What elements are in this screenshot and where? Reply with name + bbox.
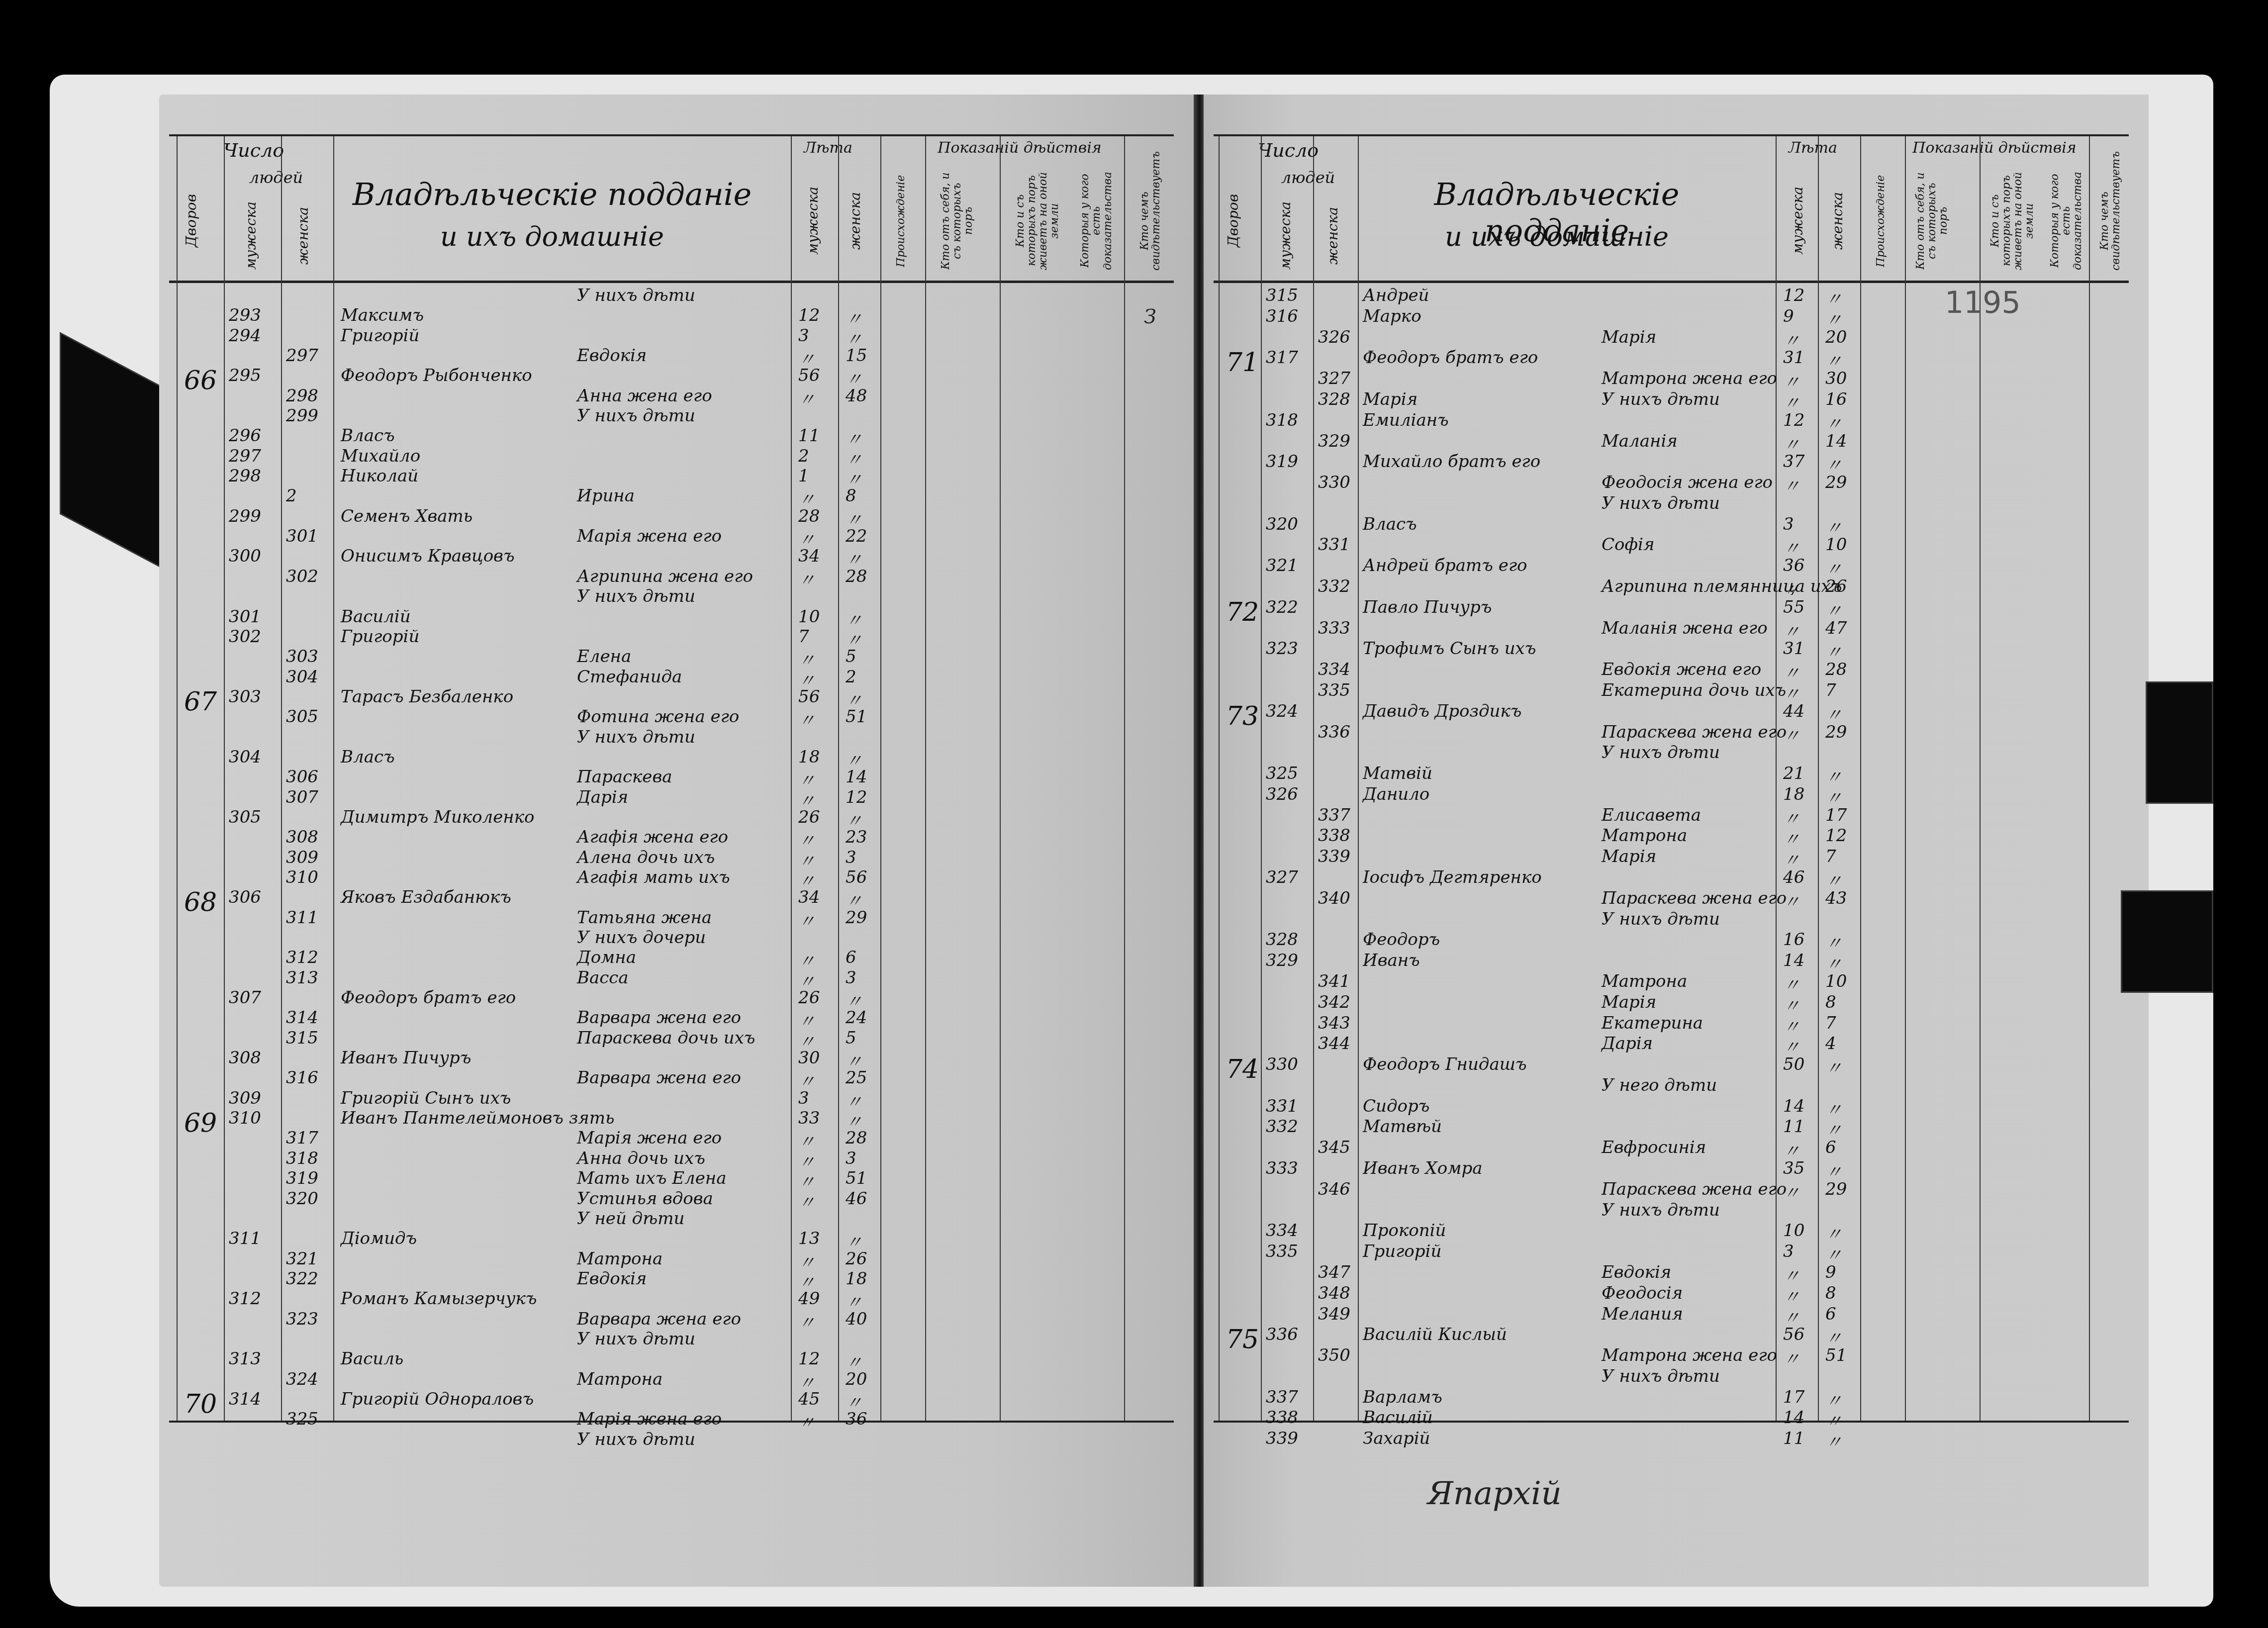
ledger-row: 331Сидоръ14〃: [1214, 1096, 2129, 1119]
ledger-row: 348Феодосія〃8: [1214, 1283, 2129, 1306]
header-households: Дворов: [184, 166, 198, 276]
female-serial-number: 350: [1318, 1345, 1350, 1365]
header-age-female: женска: [1830, 171, 1845, 271]
female-name: Марія: [1602, 992, 1656, 1012]
female-name: Евфросинія: [1602, 1138, 1706, 1157]
male-serial-number: 332: [1266, 1117, 1298, 1137]
female-age: 12: [1825, 826, 1847, 846]
male-age: 31: [1783, 639, 1804, 659]
ledger-row: 346Параскева жена его〃29: [1214, 1179, 2129, 1202]
male-serial-number: 317: [1266, 348, 1298, 368]
ledger-row: 66295Феодоръ Рыбонченко56〃: [169, 366, 1174, 388]
female-serial-number: 297: [286, 346, 318, 366]
male-serial-number: 318: [1266, 410, 1298, 430]
header-male-count: мужеска: [1278, 196, 1293, 276]
female-age: 9: [1825, 1262, 1836, 1282]
ledger-row: 318Емиліанъ12〃: [1214, 410, 2129, 433]
footer-signature: Япархій: [1427, 1475, 1562, 1512]
female-age: 28: [1825, 660, 1847, 679]
ledger-row: 73324Давидъ Дроздикъ44〃: [1214, 701, 2129, 724]
male-serial-number: 324: [1266, 701, 1298, 721]
female-serial-number: 312: [286, 948, 318, 967]
female-age: 17: [1825, 805, 1847, 825]
male-name: Матвій: [1363, 764, 1432, 783]
ledger-row: 349Мелания〃6: [1214, 1304, 2129, 1327]
ledger-row: 331Софія〃10: [1214, 535, 2129, 558]
female-name: Анна жена его: [577, 386, 712, 406]
ledger-row: 321Матрона〃26: [169, 1249, 1174, 1272]
female-age: 29: [846, 908, 867, 928]
male-serial-number: 295: [229, 366, 261, 385]
female-name: Матрона: [577, 1369, 662, 1389]
ledger-row: 335Григорій3〃: [1214, 1242, 2129, 1264]
female-serial-number: 330: [1318, 473, 1350, 492]
female-name: Евдокія жена его: [1602, 660, 1761, 679]
male-name: Василь: [341, 1349, 403, 1369]
left-ledger-header: Число людей Дворов мужеска женска Владѣл…: [169, 136, 1174, 283]
ledger-row: 339Захарій11〃: [1214, 1429, 2129, 1451]
female-age: 24: [846, 1008, 867, 1028]
female-age: 29: [1825, 722, 1847, 742]
female-name: Феодосія жена его: [1602, 473, 1773, 492]
female-age: 47: [1825, 618, 1847, 638]
male-name: Варламъ: [1363, 1387, 1442, 1407]
female-age: 6: [846, 948, 856, 967]
ledger-row: 67303Тарасъ Безбаленко56〃: [169, 687, 1174, 710]
header-testimony-group: Показаній дѣйствія: [880, 139, 1159, 157]
female-serial-number: 326: [1318, 327, 1350, 347]
male-age: 3: [798, 326, 809, 346]
female-name: Мелания: [1602, 1304, 1683, 1324]
ledger-row: 320Устинья вдова〃46: [169, 1189, 1174, 1212]
male-age: 11: [1783, 1117, 1804, 1137]
male-serial-number: 297: [229, 446, 261, 466]
ledger-row: 71317Феодоръ братъ его31〃: [1214, 348, 2129, 371]
ledger-row: 311Татьяна жена〃29: [169, 908, 1174, 931]
female-serial-number: 298: [286, 386, 318, 406]
male-name: Николай: [341, 466, 418, 486]
male-age: 37: [1783, 452, 1804, 472]
female-name: Параскева: [577, 767, 672, 787]
male-age: 9: [1783, 306, 1794, 326]
male-age: 30: [798, 1048, 820, 1068]
binding-clip-right-lower: [2121, 890, 2213, 993]
male-serial-number: 310: [229, 1108, 261, 1128]
male-age: 44: [1783, 701, 1804, 721]
female-name: Агрипина племянница ихъ: [1602, 576, 1842, 596]
male-name: Иванъ: [1363, 951, 1420, 970]
male-name: Андрей братъ его: [1363, 556, 1527, 575]
male-name: Григорій: [341, 326, 419, 346]
female-name: Варвара жена его: [577, 1309, 741, 1329]
header-age-female: женска: [848, 171, 862, 271]
ledger-row: 323Трофимъ Сынъ ихъ31〃: [1214, 639, 2129, 662]
male-age: 46: [1783, 867, 1804, 887]
female-name: У нихъ дѣти: [1602, 743, 1720, 763]
ledger-row: 324Матрона〃20: [169, 1369, 1174, 1392]
male-age: 34: [798, 887, 820, 907]
female-name: Марія жена его: [577, 1128, 722, 1148]
female-age: 28: [846, 1128, 867, 1148]
female-age: 48: [846, 386, 867, 406]
ledger-row: 326Данило18〃: [1214, 784, 2129, 807]
male-age: 17: [1783, 1387, 1804, 1407]
male-age: 36: [1783, 556, 1804, 575]
female-age: 8: [1825, 992, 1836, 1012]
male-age: 50: [1783, 1054, 1804, 1074]
male-age: 34: [798, 546, 820, 566]
open-ledger-book: Число людей Дворов мужеска женска Владѣл…: [50, 75, 2213, 1607]
male-name: Власъ: [341, 426, 395, 446]
male-age: 16: [1783, 930, 1804, 950]
male-serial-number: 323: [1266, 639, 1298, 659]
male-serial-number: 333: [1266, 1158, 1298, 1178]
ledger-row: У нихъ дѣти: [1214, 493, 2129, 516]
ledger-row: У нихъ дѣти: [169, 286, 1174, 308]
female-name: У нихъ дѣти: [1602, 1200, 1720, 1220]
ledger-row: 310Агафія мать ихъ〃56: [169, 867, 1174, 890]
female-age: 7: [1825, 1013, 1836, 1033]
ledger-row: 329Маланія〃14: [1214, 431, 2129, 454]
female-serial-number: 342: [1318, 992, 1350, 1012]
header-rights: Которыя у кого есть доказательства: [2049, 171, 2083, 271]
female-serial-number: 337: [1318, 805, 1350, 825]
ledger-row: 321Андрей братъ его36〃: [1214, 556, 2129, 578]
female-serial-number: 334: [1318, 660, 1350, 679]
female-serial-number: 323: [286, 1309, 318, 1329]
female-name: Варвара жена его: [577, 1008, 741, 1028]
male-age: 55: [1783, 597, 1804, 617]
ledger-row: 306Параскева〃14: [169, 767, 1174, 790]
female-name: Алена дочь ихъ: [577, 848, 715, 867]
female-serial-number: 341: [1318, 971, 1350, 991]
female-serial-number: 321: [286, 1249, 318, 1269]
female-age: 23: [846, 827, 867, 847]
female-age: 51: [846, 1168, 867, 1188]
ledger-row: 309Григорій Сынъ ихъ3〃: [169, 1088, 1174, 1111]
header-rights: Которыя у кого есть доказательства: [1079, 171, 1114, 271]
margin-note-left: З: [1144, 305, 1156, 328]
female-serial-number: 2: [286, 486, 297, 506]
ledger-row: 326Марія〃20: [1214, 327, 2129, 350]
ledger-row: 313Васса〃3: [169, 968, 1174, 991]
female-name: Дарія: [577, 787, 628, 807]
ledger-row: 296Власъ11〃: [169, 426, 1174, 449]
male-serial-number: 312: [229, 1289, 261, 1309]
female-name: Параскева жена его: [1602, 888, 1787, 908]
ledger-row: 302Григорій7〃: [169, 627, 1174, 650]
male-age: 26: [798, 807, 820, 827]
female-serial-number: 343: [1318, 1013, 1350, 1033]
ledger-row: 328Феодоръ16〃: [1214, 930, 2129, 953]
male-age: 12: [1783, 410, 1804, 430]
female-name: У нихъ дочери: [577, 928, 706, 948]
male-name: Феодоръ братъ его: [341, 988, 516, 1008]
female-serial-number: 327: [1318, 369, 1350, 388]
male-name: Андрей: [1363, 286, 1429, 305]
female-name: У нихъ дѣти: [577, 406, 695, 426]
header-male-count: мужеска: [244, 196, 258, 276]
female-serial-number: 311: [286, 908, 318, 928]
male-name: Емиліанъ: [1363, 410, 1449, 430]
ledger-row: 299Семенъ Хвать28〃: [169, 506, 1174, 529]
female-name: У нихъ дѣти: [577, 586, 695, 606]
female-serial-number: 309: [286, 848, 318, 867]
ledger-row: 334Евдокія жена его〃28: [1214, 660, 2129, 682]
female-name: Татьяна жена: [577, 908, 712, 928]
female-serial-number: 306: [286, 767, 318, 787]
male-serial-number: 298: [229, 466, 261, 486]
male-name: Василій: [341, 607, 411, 627]
female-age: 8: [846, 486, 856, 506]
female-name: Елена: [577, 647, 631, 667]
ledger-row: 327Іосифъ Дегтяренко46〃: [1214, 867, 2129, 890]
female-name: Матрона: [1602, 826, 1687, 846]
male-serial-number: 316: [1266, 306, 1298, 326]
male-serial-number: 329: [1266, 951, 1298, 970]
male-name: Марія: [1363, 389, 1417, 409]
ledger-row: 345Евфросинія〃6: [1214, 1138, 2129, 1160]
female-age: 16: [1825, 389, 1847, 409]
male-age: 28: [798, 506, 820, 526]
female-serial-number: 344: [1318, 1034, 1350, 1053]
male-age: 3: [1783, 514, 1794, 534]
male-serial-number: 309: [229, 1088, 261, 1108]
female-name: Васса: [577, 968, 629, 988]
header-residence: Кто и съ которыхъ поръ живетъ на оной зе…: [1989, 171, 2035, 271]
female-name: Дарія: [1602, 1034, 1653, 1053]
female-age: 40: [846, 1309, 867, 1329]
ledger-row: 297Михайло2〃: [169, 446, 1174, 469]
male-serial-number: 326: [1266, 784, 1298, 804]
ledger-row: У ней дѣти: [169, 1209, 1174, 1232]
male-serial-number: 299: [229, 506, 261, 526]
male-serial-number: 319: [1266, 452, 1298, 472]
ledger-row: 312Романъ Камызерчукъ49〃: [169, 1289, 1174, 1312]
female-name: У нихъ дѣти: [577, 286, 695, 305]
female-age: 5: [846, 647, 856, 667]
female-serial-number: 332: [1318, 576, 1350, 596]
male-age: 35: [1783, 1158, 1804, 1178]
male-serial-number: 308: [229, 1048, 261, 1068]
female-serial-number: 302: [286, 567, 318, 586]
male-age: 11: [798, 426, 820, 446]
female-age: 6: [1825, 1304, 1836, 1324]
female-name: Анна дочь ихъ: [577, 1149, 705, 1168]
female-serial-number: 320: [286, 1189, 318, 1209]
female-name: У нихъ дѣти: [577, 1329, 695, 1349]
female-age: 7: [1825, 680, 1836, 700]
female-age: 20: [1825, 327, 1847, 347]
male-name: Давидъ Дроздикъ: [1363, 701, 1521, 721]
female-serial-number: 316: [286, 1068, 318, 1088]
female-name: Матрона жена его: [1602, 369, 1777, 388]
ledger-row: 316Варвара жена его〃25: [169, 1068, 1174, 1091]
male-name: Иванъ Пантелеймоновъ зять: [341, 1108, 615, 1128]
ledger-row: 350Матрона жена его〃51: [1214, 1345, 2129, 1368]
header-age-male: мужеска: [1791, 171, 1805, 271]
ledger-row: 294Григорій3〃: [169, 326, 1174, 349]
ledger-row: 338Матрона〃12: [1214, 826, 2129, 849]
female-name: У нихъ дѣти: [577, 1430, 695, 1449]
female-name: Маланія жена его: [1602, 618, 1768, 638]
female-name: Агафія мать ихъ: [577, 867, 730, 887]
female-name: Мать ихъ Елена: [577, 1168, 726, 1188]
female-age: 10: [1825, 535, 1847, 555]
male-name: Григорій: [1363, 1242, 1441, 1261]
male-age: 13: [798, 1229, 820, 1248]
male-age: 21: [1783, 764, 1804, 783]
male-serial-number: 300: [229, 546, 261, 566]
female-name: У нихъ дѣти: [1602, 1366, 1720, 1386]
ledger-row: У нихъ дѣти: [1214, 909, 2129, 932]
ledger-row: 69310Иванъ Пантелеймоновъ зять33〃: [169, 1108, 1174, 1131]
male-serial-number: 334: [1266, 1221, 1298, 1241]
ledger-row: 300Онисимъ Кравцовъ34〃: [169, 546, 1174, 569]
header-origin: Происхожденіе: [1875, 171, 1887, 271]
female-name: Евдокія: [1602, 1262, 1671, 1282]
ledger-row: 305Фотина жена его〃51: [169, 707, 1174, 730]
male-age: 31: [1783, 348, 1804, 368]
ledger-row: 68306Яковъ Ездабанюкъ34〃: [169, 887, 1174, 910]
female-serial-number: 328: [1318, 389, 1350, 409]
female-age: 10: [1825, 971, 1847, 991]
female-serial-number: 307: [286, 787, 318, 807]
female-name: Стефанида: [577, 667, 682, 687]
ledger-row: У нихъ дѣти: [169, 727, 1174, 750]
ledger-row: У нихъ дѣти: [1214, 743, 2129, 766]
male-serial-number: 331: [1266, 1096, 1298, 1116]
male-age: 56: [798, 366, 820, 385]
page-title-line2: и ихъ домашніе: [333, 221, 771, 252]
male-name: Иванъ Пичуръ: [341, 1048, 471, 1068]
male-age: 56: [798, 687, 820, 707]
header-origin: Происхожденіе: [895, 171, 907, 271]
male-serial-number: 327: [1266, 867, 1298, 887]
ledger-row: 308Агафія жена его〃23: [169, 827, 1174, 850]
male-age: 12: [798, 305, 820, 325]
female-age: 12: [846, 787, 867, 807]
header-people-group: людей: [224, 168, 328, 187]
female-serial-number: 347: [1318, 1262, 1350, 1282]
male-name: Василій: [1363, 1408, 1433, 1428]
female-serial-number: 324: [286, 1369, 318, 1389]
male-name: Михайло: [341, 446, 420, 466]
male-age: 18: [798, 747, 820, 767]
male-age: 14: [1783, 1096, 1804, 1116]
ledger-row: У нихъ дочери: [169, 928, 1174, 951]
male-age: 7: [798, 627, 809, 647]
male-name: Марко: [1363, 306, 1421, 326]
male-serial-number: 304: [229, 747, 261, 767]
female-age: 28: [846, 567, 867, 586]
ledger-row: У нихъ дѣти: [1214, 1200, 2129, 1223]
female-serial-number: 313: [286, 968, 318, 988]
left-page: Число людей Дворов мужеска женска Владѣл…: [159, 95, 1194, 1587]
female-age: 15: [846, 346, 867, 366]
female-name: Евдокія: [577, 346, 647, 366]
female-name: Матрона: [577, 1249, 662, 1269]
ledger-row: 318Анна дочь ихъ〃3: [169, 1149, 1174, 1171]
ledger-row: 322Евдокія〃18: [169, 1269, 1174, 1292]
ledger-row: У нихъ дѣти: [169, 586, 1174, 609]
male-name: Павло Пичуръ: [1363, 597, 1492, 617]
female-name: Домна: [577, 948, 636, 967]
ledger-row: 304Стефанида〃2: [169, 667, 1174, 690]
female-serial-number: 314: [286, 1008, 318, 1028]
ledger-row: 309Алена дочь ихъ〃3: [169, 848, 1174, 870]
female-age: 2: [846, 667, 856, 687]
male-serial-number: 301: [229, 607, 261, 627]
male-serial-number: 311: [229, 1229, 261, 1248]
ledger-row: 328МаріяУ нихъ дѣти〃16: [1214, 389, 2129, 412]
male-serial-number: 314: [229, 1389, 261, 1409]
right-ledger-table: Число людей Дворов мужеска женска Владѣл…: [1214, 134, 2129, 1423]
male-name: Михайло братъ его: [1363, 452, 1540, 472]
header-residence: Кто и съ которыхъ поръ живетъ на оной зе…: [1015, 171, 1060, 271]
male-age: 3: [798, 1088, 809, 1108]
ledger-row: 338Василій14〃: [1214, 1408, 2129, 1431]
female-serial-number: 301: [286, 526, 318, 546]
female-age: 14: [846, 767, 867, 787]
female-serial-number: 348: [1318, 1283, 1350, 1303]
header-since-when: Кто отъ себя, и съ которыхъ поръ: [940, 171, 974, 271]
female-name: У нихъ дѣти: [1602, 493, 1720, 513]
male-name: Матвѣй: [1363, 1117, 1442, 1137]
male-age: 3: [1783, 1242, 1794, 1261]
female-name: Софія: [1602, 535, 1654, 555]
female-name: У нихъ дѣти: [577, 727, 695, 747]
ledger-row: 298Анна жена его〃48: [169, 386, 1174, 409]
female-serial-number: 317: [286, 1128, 318, 1148]
ledger-row: 301Марія жена его〃22: [169, 526, 1174, 549]
ledger-row: 303Елена〃5: [169, 647, 1174, 670]
female-name: Варвара жена его: [577, 1068, 741, 1088]
ledger-row: 344Дарія〃4: [1214, 1034, 2129, 1056]
female-serial-number: 335: [1318, 680, 1350, 700]
ledger-row: 340Параскева жена его〃43: [1214, 888, 2129, 911]
ledger-row: 334Прокопій10〃: [1214, 1221, 2129, 1244]
female-age: 20: [846, 1369, 867, 1389]
female-serial-number: 338: [1318, 826, 1350, 846]
male-age: 26: [798, 988, 820, 1008]
ledger-row: 302Агрипина жена его〃28: [169, 567, 1174, 589]
ledger-row: 2Ирина〃8: [169, 486, 1174, 509]
male-serial-number: 293: [229, 305, 261, 325]
header-age-male: мужеска: [806, 171, 820, 271]
male-name: Романъ Камызерчукъ: [341, 1289, 537, 1309]
male-name: Григорій Сынъ ихъ: [341, 1088, 511, 1108]
female-name: Екатерина дочь ихъ: [1602, 680, 1786, 700]
female-name: Матрона жена его: [1602, 1345, 1777, 1365]
male-serial-number: 294: [229, 326, 261, 346]
male-serial-number: 330: [1266, 1054, 1298, 1074]
female-serial-number: 345: [1318, 1138, 1350, 1157]
ledger-row: 313Василь12〃: [169, 1349, 1174, 1372]
female-age: 26: [1825, 576, 1847, 596]
female-age: 36: [846, 1409, 867, 1429]
ledger-row: 312Домна〃6: [169, 948, 1174, 970]
female-name: У нихъ дѣти: [1602, 909, 1720, 929]
male-age: 14: [1783, 951, 1804, 970]
male-age: 12: [1783, 286, 1804, 305]
male-age: 49: [798, 1289, 820, 1309]
male-name: Григорій: [341, 627, 419, 647]
ledger-row: 327Матрона жена его〃30: [1214, 369, 2129, 391]
header-testimony-group: Показаній дѣйствія: [1865, 139, 2124, 157]
female-age: 22: [846, 526, 867, 546]
male-age: 11: [1783, 1429, 1804, 1448]
